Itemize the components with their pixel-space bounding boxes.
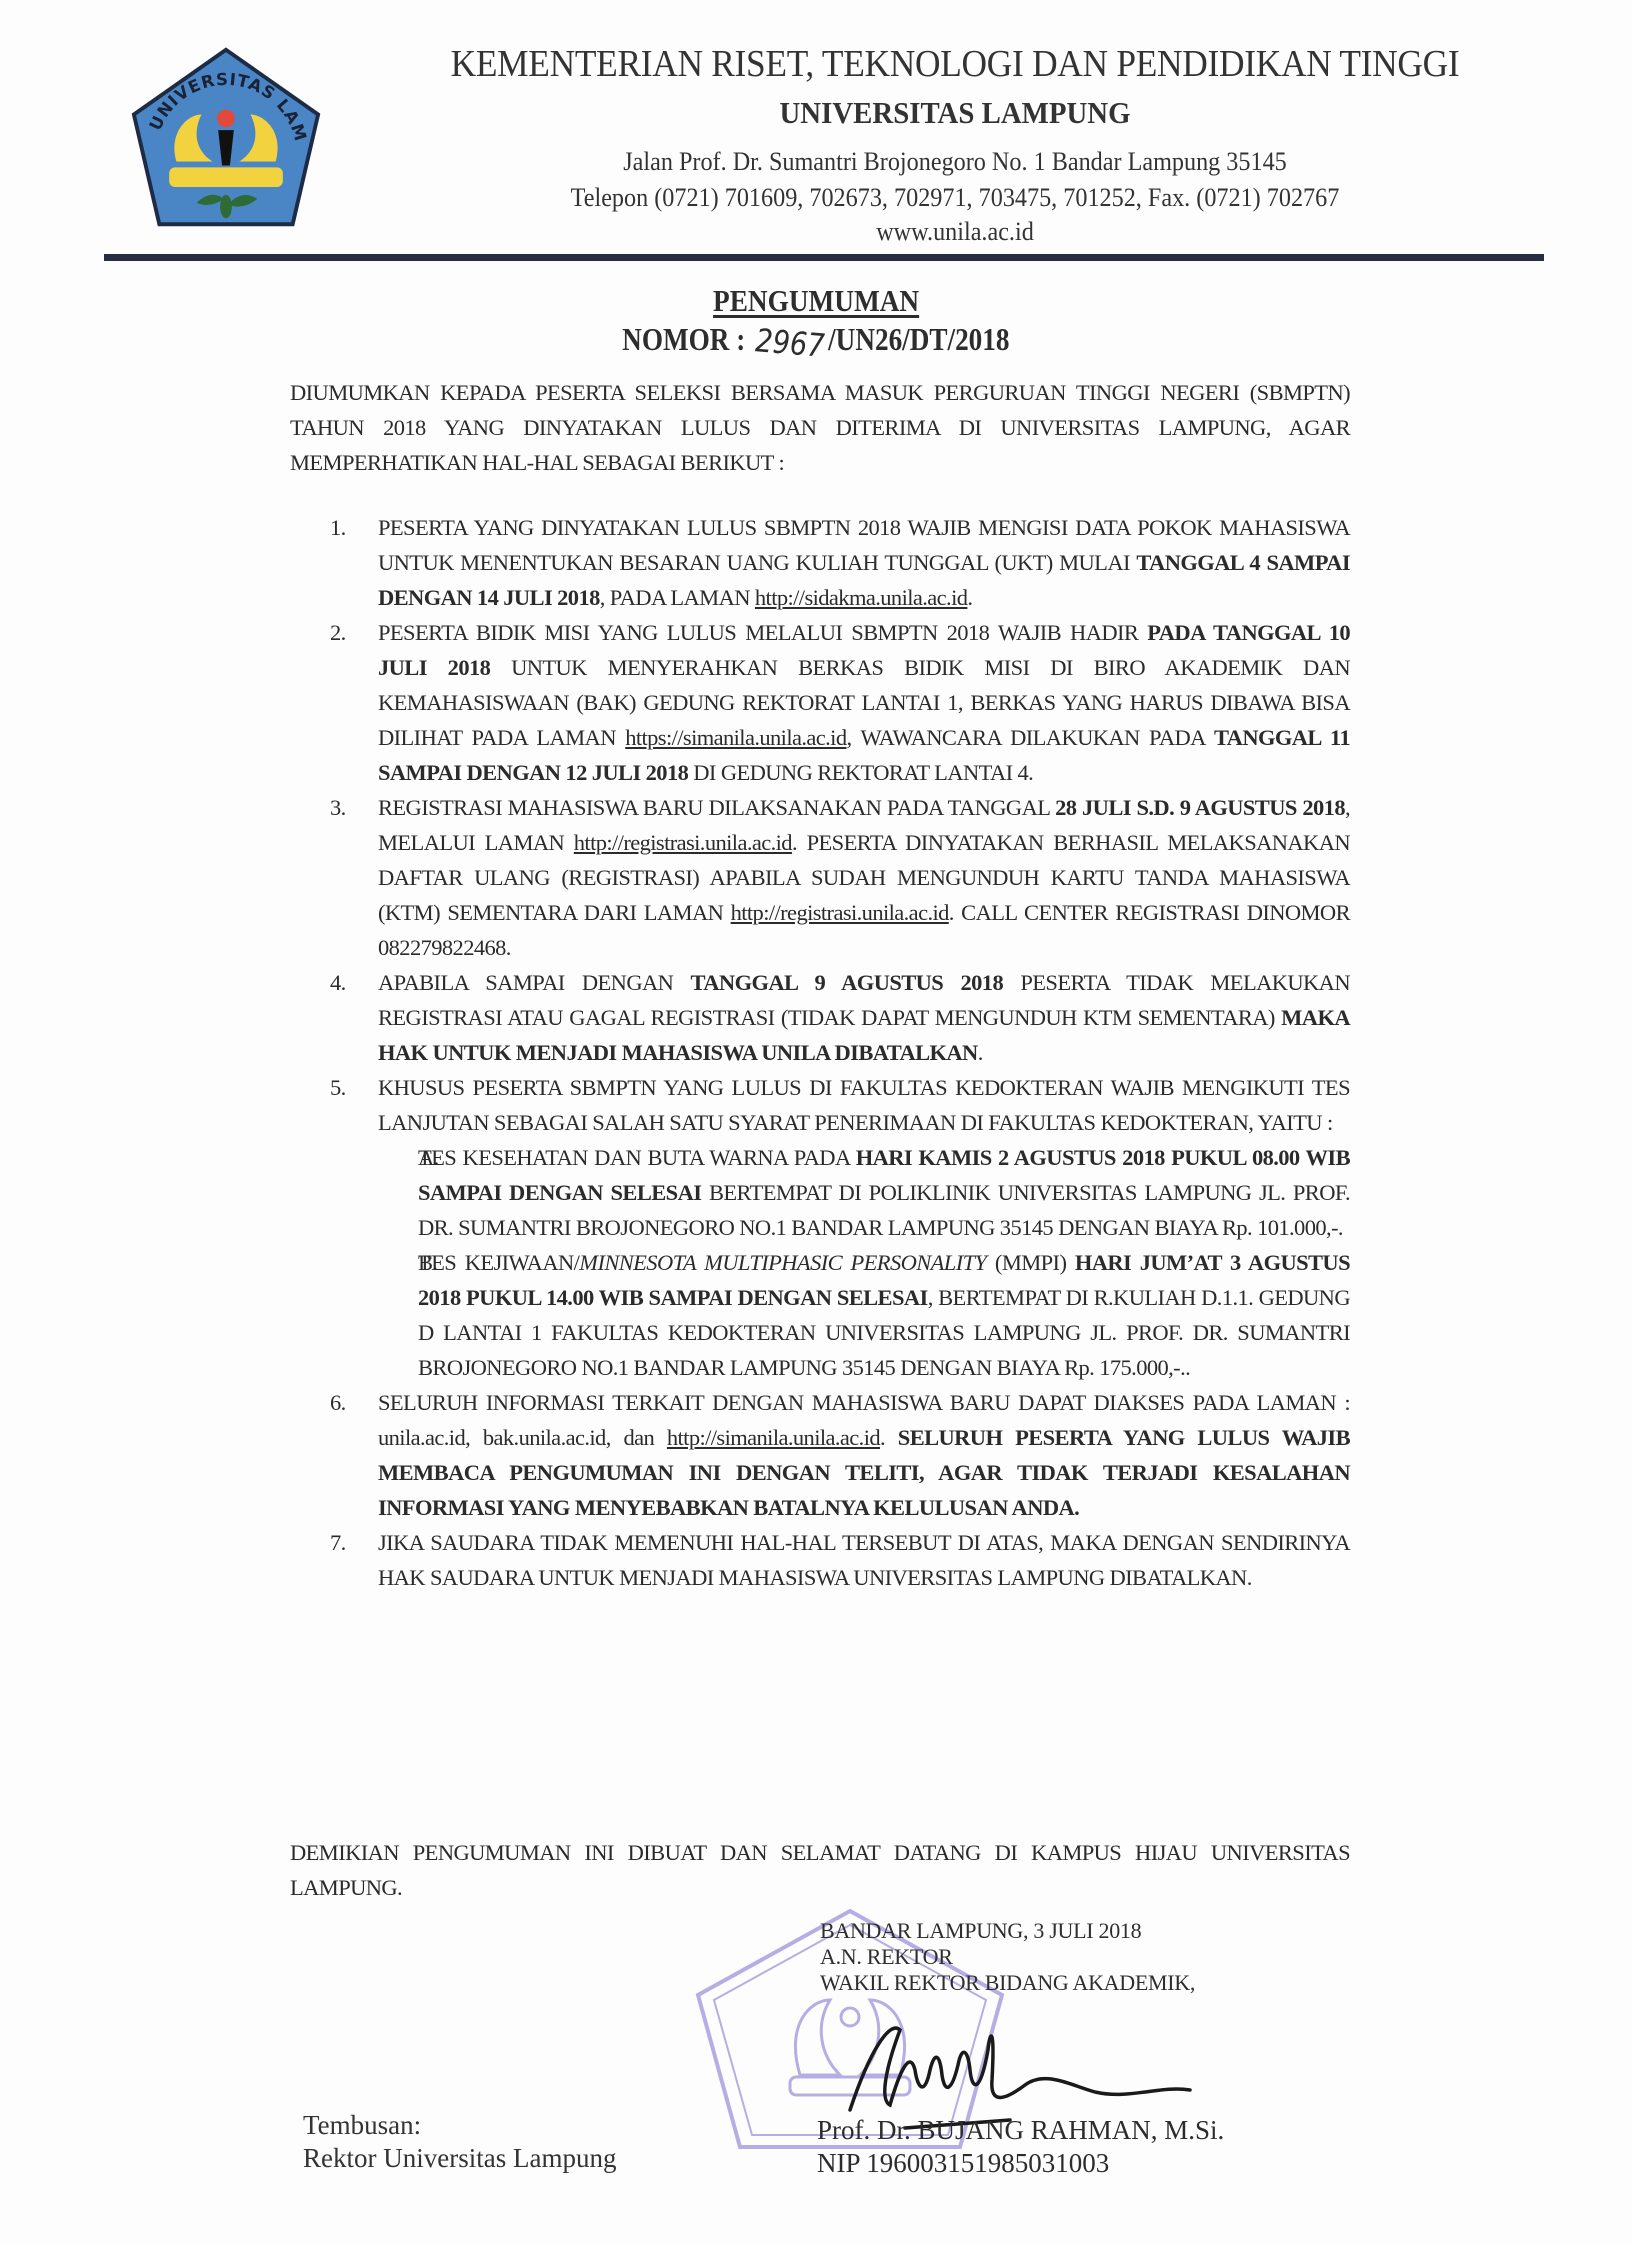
bold-text: 28 JULI S.D. 9 AGUSTUS 2018 xyxy=(1055,795,1345,820)
link[interactable]: http://simanila.unila.ac.id xyxy=(667,1425,880,1450)
letterhead-website: www.unila.ac.id xyxy=(397,217,1513,247)
link[interactable]: https://simanila.unila.ac.id xyxy=(625,725,846,750)
intro-paragraph: DIUMUMKAN KEPADA PESERTA SELEKSI BERSAMA… xyxy=(290,375,1350,480)
letterhead-address: Jalan Prof. Dr. Sumantri Brojonegoro No.… xyxy=(397,147,1513,177)
letterhead-phone: Telepon (0721) 701609, 702673, 702971, 7… xyxy=(397,183,1513,213)
sub-list: A.TES KESEHATAN DAN BUTA WARNA PADA HARI… xyxy=(378,1140,1350,1385)
item-text: PESERTA BIDIK MISI YANG LULUS MELALUI SB… xyxy=(378,615,1350,790)
sub-item-letter: A. xyxy=(418,1140,439,1175)
signature-role: WAKIL REKTOR BIDANG AKADEMIK, xyxy=(820,1970,1195,1995)
copy-to-label: Tembusan: xyxy=(303,2110,421,2141)
university-crest-icon: UNIVERSITAS LAMPUNG xyxy=(128,45,324,233)
item-number: 3. xyxy=(330,790,346,825)
link[interactable]: http://registrasi.unila.ac.id xyxy=(574,830,792,855)
announcement-heading: PENGUMUMAN xyxy=(713,283,919,319)
handwritten-signature-icon xyxy=(830,2010,1210,2130)
text: APABILA SAMPAI DENGAN xyxy=(378,970,691,995)
list-item: 4.APABILA SAMPAI DENGAN TANGGAL 9 AGUSTU… xyxy=(290,965,1350,1070)
list-item: 6.SELURUH INFORMASI TERKAIT DENGAN MAHAS… xyxy=(290,1385,1350,1525)
list-item: 1.PESERTA YANG DINYATAKAN LULUS SBMPTN 2… xyxy=(290,510,1350,615)
announcement-number: NOMOR : 2967/UN26/DT/2018 xyxy=(0,320,1632,358)
text: REGISTRASI MAHASISWA BARU DILAKSANAKAN P… xyxy=(378,795,1055,820)
text: PESERTA BIDIK MISI YANG LULUS MELALUI SB… xyxy=(378,620,1147,645)
sub-item-letter: B. xyxy=(418,1245,437,1280)
item-number: 1. xyxy=(330,510,346,545)
item-text: SELURUH INFORMASI TERKAIT DENGAN MAHASIS… xyxy=(378,1385,1350,1525)
signatory-nip: NIP 196003151985031003 xyxy=(817,2148,1109,2179)
text: , WAWANCARA DILAKUKAN PADA xyxy=(847,725,1214,750)
closing-paragraph: DEMIKIAN PENGUMUMAN INI DIBUAT DAN SELAM… xyxy=(290,1835,1350,1905)
list-item: 5.KHUSUS PESERTA SBMPTN YANG LULUS DI FA… xyxy=(290,1070,1350,1385)
text: KHUSUS PESERTA SBMPTN YANG LULUS DI FAKU… xyxy=(378,1075,1350,1135)
number-suffix: /UN26/DT/2018 xyxy=(828,321,1009,357)
bold-text: TANGGAL 9 AGUSTUS 2018 xyxy=(691,970,1004,995)
number-handwritten: 2967 xyxy=(754,321,825,365)
item-text: APABILA SAMPAI DENGAN TANGGAL 9 AGUSTUS … xyxy=(378,965,1350,1070)
list-item: 2.PESERTA BIDIK MISI YANG LULUS MELALUI … xyxy=(290,615,1350,790)
text: , PADA LAMAN xyxy=(600,585,755,610)
item-number: 5. xyxy=(330,1070,346,1105)
announcement-title: PENGUMUMAN xyxy=(0,283,1632,319)
signature-on-behalf: A.N. REKTOR xyxy=(820,1944,953,1969)
sub-list-item: A.TES KESEHATAN DAN BUTA WARNA PADA HARI… xyxy=(378,1140,1350,1245)
sub-list-item: B.TES KEJIWAAN/MINNESOTA MULTIPHASIC PER… xyxy=(378,1245,1350,1385)
text: TES KESEHATAN DAN BUTA WARNA PADA xyxy=(418,1145,856,1170)
item-number: 2. xyxy=(330,615,346,650)
text: . xyxy=(967,585,972,610)
copy-to-recipient: Rektor Universitas Lampung xyxy=(303,2143,616,2174)
announcement-page: UNIVERSITAS LAMPUNG KEMENTERIAN RISET, T… xyxy=(0,0,1632,2244)
text: TES KEJIWAAN/ xyxy=(418,1250,579,1275)
link[interactable]: http://sidakma.unila.ac.id xyxy=(755,585,967,610)
sub-item-text: TES KEJIWAAN/MINNESOTA MULTIPHASIC PERSO… xyxy=(418,1245,1350,1385)
item-text: REGISTRASI MAHASISWA BARU DILAKSANAKAN P… xyxy=(378,790,1350,965)
link[interactable]: http://registrasi.unila.ac.id xyxy=(731,900,949,925)
italic-text: MINNESOTA MULTIPHASIC PERSONALITY xyxy=(579,1250,986,1275)
item-text: PESERTA YANG DINYATAKAN LULUS SBMPTN 201… xyxy=(378,510,1350,615)
item-number: 4. xyxy=(330,965,346,1000)
text: JIKA SAUDARA TIDAK MEMENUHI HAL-HAL TERS… xyxy=(378,1530,1350,1590)
list-item: 3.REGISTRASI MAHASISWA BARU DILAKSANAKAN… xyxy=(290,790,1350,965)
signatory-name: Prof. Dr. BUJANG RAHMAN, M.Si. xyxy=(817,2115,1224,2146)
announcement-items: 1.PESERTA YANG DINYATAKAN LULUS SBMPTN 2… xyxy=(290,510,1350,1595)
number-prefix: NOMOR : xyxy=(622,321,745,357)
item-text: KHUSUS PESERTA SBMPTN YANG LULUS DI FAKU… xyxy=(378,1070,1350,1140)
sub-item-text: TES KESEHATAN DAN BUTA WARNA PADA HARI K… xyxy=(418,1140,1350,1245)
text: . xyxy=(978,1040,983,1065)
letterhead-divider xyxy=(104,254,1544,261)
signature-place-date: BANDAR LAMPUNG, 3 JULI 2018 xyxy=(820,1918,1141,1943)
item-number: 6. xyxy=(330,1385,346,1420)
list-item: 7.JIKA SAUDARA TIDAK MEMENUHI HAL-HAL TE… xyxy=(290,1525,1350,1595)
text: . xyxy=(880,1425,898,1450)
text: (MMPI) xyxy=(986,1250,1074,1275)
item-number: 7. xyxy=(330,1525,346,1560)
letterhead-ministry: KEMENTERIAN RISET, TEKNOLOGI DAN PENDIDI… xyxy=(397,42,1513,86)
item-text: JIKA SAUDARA TIDAK MEMENUHI HAL-HAL TERS… xyxy=(378,1525,1350,1595)
letterhead-university: UNIVERSITAS LAMPUNG xyxy=(397,95,1513,131)
text: DI GEDUNG REKTORAT LANTAI 4. xyxy=(688,760,1033,785)
